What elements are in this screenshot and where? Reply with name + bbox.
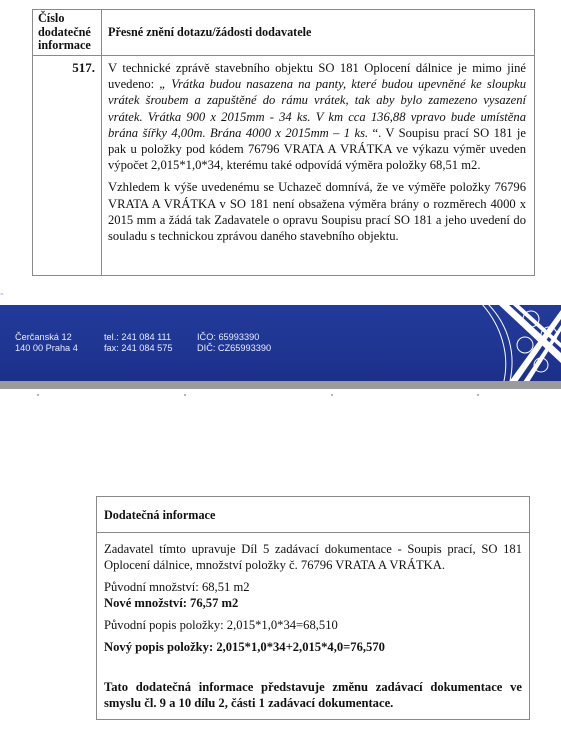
banner-strip bbox=[0, 381, 561, 389]
answer-text: Zadavatel tímto upravuje Díl 5 zadávací … bbox=[104, 541, 522, 717]
divider-dot bbox=[37, 394, 39, 396]
vat-id: DIČ: CZ65993390 bbox=[197, 343, 271, 354]
divider-dot bbox=[184, 394, 186, 396]
header-number-column: Číslo dodatečné informace bbox=[38, 12, 100, 53]
info-number: 517. bbox=[33, 60, 95, 76]
new-description: Nový popis položky: 2,015*1,0*34+2,015*4… bbox=[104, 639, 522, 655]
query-text: V technické zprávě stavebního objektu SO… bbox=[108, 60, 526, 250]
answer-table: Dodatečná informace Zadavatel tímto upra… bbox=[96, 496, 530, 720]
conclusion-statement: Tato dodatečná informace představuje změ… bbox=[104, 679, 522, 711]
phone-number: tel.: 241 084 111 bbox=[104, 332, 172, 343]
fax-number: fax: 241 084 575 bbox=[104, 343, 172, 354]
header-divider bbox=[33, 55, 534, 56]
original-quantity: Původní množství: 68,51 m2 bbox=[104, 579, 522, 595]
query-table: Číslo dodatečné informace Přesné znění d… bbox=[32, 9, 535, 276]
address-street: Čerčanská 12 bbox=[15, 332, 78, 343]
header-text-column: Přesné znění dotazu/žádosti dodavatele bbox=[108, 25, 311, 40]
new-quantity: Nové množství: 76,57 m2 bbox=[104, 595, 522, 611]
contact-block: tel.: 241 084 111 fax: 241 084 575 bbox=[104, 332, 172, 354]
divider-dot bbox=[331, 394, 333, 396]
divider-dot bbox=[477, 394, 479, 396]
query-paragraph-1: V technické zprávě stavebního objektu SO… bbox=[108, 60, 526, 173]
address-city: 140 00 Praha 4 bbox=[15, 343, 78, 354]
highway-logo-icon bbox=[471, 305, 561, 382]
answer-header: Dodatečná informace bbox=[104, 508, 215, 523]
scan-artifact: ⁼ bbox=[0, 292, 8, 298]
answer-paragraph: Zadavatel tímto upravuje Díl 5 zadávací … bbox=[104, 541, 522, 573]
company-id: IČO: 65993390 bbox=[197, 332, 271, 343]
letterhead-banner: Čerčanská 12 140 00 Praha 4 tel.: 241 08… bbox=[0, 305, 561, 382]
address-block: Čerčanská 12 140 00 Praha 4 bbox=[15, 332, 78, 354]
company-id-block: IČO: 65993390 DIČ: CZ65993390 bbox=[197, 332, 271, 354]
column-divider bbox=[101, 10, 102, 275]
original-description: Původní popis položky: 2,015*1,0*34=68,5… bbox=[104, 617, 522, 633]
header-divider bbox=[97, 532, 529, 533]
query-paragraph-2: Vzhledem k výše uvedenému se Uchazeč dom… bbox=[108, 179, 526, 244]
